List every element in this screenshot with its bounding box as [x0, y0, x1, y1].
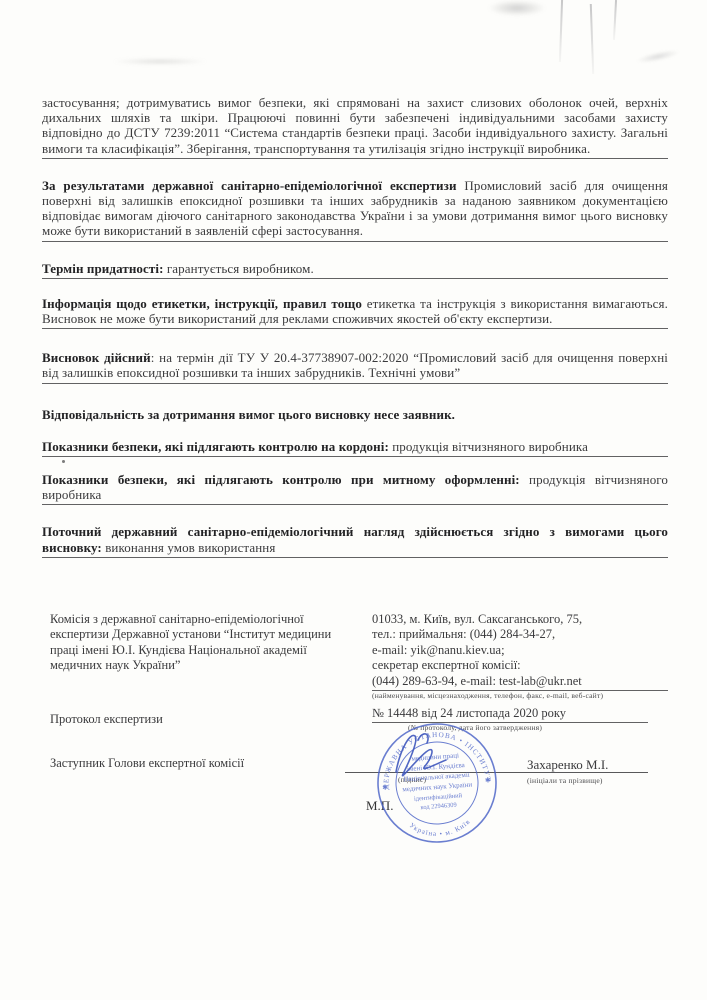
paragraph-expertise-result: За результатами державної санітарно-епід…: [42, 178, 668, 242]
paragraph-text: застосування; дотримуватись вимог безпек…: [42, 95, 668, 156]
paragraph-usage-safety: застосування; дотримуватись вимог безпек…: [42, 95, 668, 159]
commission-address-block: 01033, м. Київ, вул. Саксаганського, 75,…: [372, 612, 668, 701]
paragraph-lead: Показники безпеки, які підлягають контро…: [42, 439, 389, 454]
paragraph-lead: Термін придатності:: [42, 261, 164, 276]
address-caption: (найменування, місцезнаходження, телефон…: [372, 691, 668, 701]
deputy-head-label: Заступник Голови експертної комісії: [50, 756, 244, 771]
address-line: (044) 289-63-94, e-mail: test-lab@ukr.ne…: [372, 674, 668, 689]
signature-stroke: [418, 734, 428, 743]
signee-caption: (ініціали та прізвище): [527, 776, 603, 786]
paragraph-lead: Інформація щодо етикетки, інструкції, пр…: [42, 296, 362, 311]
address-line: секретар експертної комісії:: [372, 658, 668, 673]
signature-stroke: [396, 735, 446, 775]
paragraph-customs-control: Показники безпеки, які підлягають контро…: [42, 472, 668, 505]
paragraph-text: гарантується виробником.: [164, 261, 314, 276]
paragraph-responsibility: Відповідальність за дотримання вимог цьо…: [42, 407, 668, 422]
address-line: e-mail: yik@nanu.kiev.ua;: [372, 643, 668, 658]
scan-artifact: [613, 0, 617, 40]
paragraph-label-info: Інформація щодо етикетки, інструкції, пр…: [42, 296, 668, 329]
protocol-label: Протокол експертизи: [50, 712, 163, 727]
paragraph-ongoing-surveillance: Поточний державний санітарно-епідеміолог…: [42, 524, 668, 557]
scan-artifact: [590, 4, 594, 74]
scanned-document-page: застосування; дотримуватись вимог безпек…: [0, 0, 707, 1000]
paragraph-lead: За результатами державної санітарно-епід…: [42, 178, 457, 193]
document-body: застосування; дотримуватись вимог безпек…: [42, 88, 668, 558]
handwritten-signature: [388, 726, 460, 786]
scan-artifact: [636, 48, 681, 66]
paragraph-lead: Показники безпеки, які підлягають контро…: [42, 472, 520, 487]
scan-artifact: [559, 0, 563, 62]
stamp-star-right-icon: ✱: [485, 776, 492, 784]
paragraph-lead: Висновок дійсний: [42, 350, 151, 365]
address-line: тел.: приймальня: (044) 284-34-27,: [372, 627, 668, 642]
paragraph-validity: Висновок дійсний: на термін дії ТУ У 20.…: [42, 350, 668, 383]
signee-name: Захаренко М.І.: [527, 757, 608, 773]
paragraph-text: виконання умов використання: [102, 540, 276, 555]
paragraph-shelf-life: Термін придатності: гарантується виробни…: [42, 261, 668, 279]
paragraph-border-control: Показники безпеки, які підлягають контро…: [42, 439, 668, 457]
scan-artifact: [488, 0, 546, 16]
address-line: 01033, м. Київ, вул. Саксаганського, 75,: [372, 612, 668, 627]
stamp-center-line: код 22946309: [420, 802, 457, 812]
address-lines: 01033, м. Київ, вул. Саксаганського, 75,…: [372, 612, 668, 691]
scan-artifact: [112, 58, 208, 65]
commission-name: Комісія з державної санітарно-епідеміоло…: [50, 612, 346, 674]
paragraph-lead: Відповідальність за дотримання вимог цьо…: [42, 407, 455, 422]
paragraph-text: продукція вітчизняного виробника: [389, 439, 588, 454]
